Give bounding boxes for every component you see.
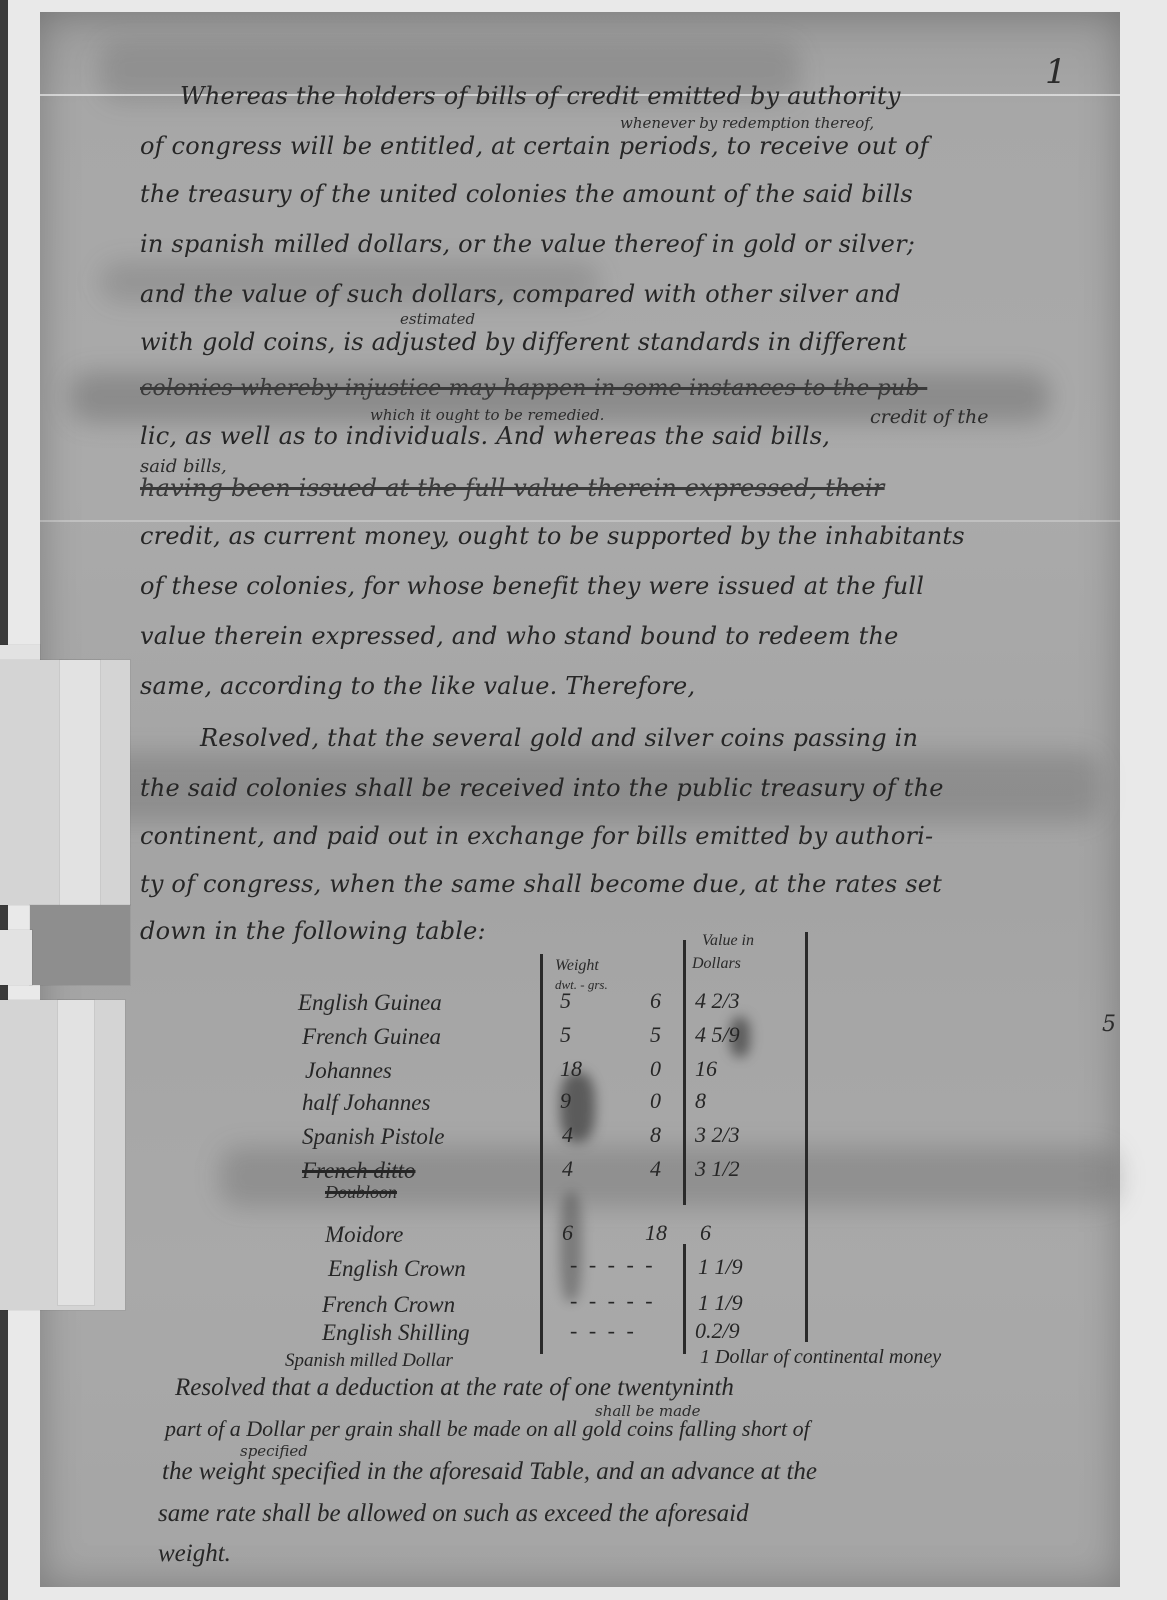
coin-value: 16 bbox=[695, 1056, 717, 1082]
coin-value: 1 1/9 bbox=[698, 1290, 743, 1316]
paper-strip bbox=[30, 905, 130, 985]
ink-blot bbox=[560, 1192, 582, 1302]
coin-grs: 4 bbox=[650, 1156, 661, 1182]
para3-line-5: weight. bbox=[158, 1540, 231, 1568]
para1-line-5: and the value of such dollars, compared … bbox=[140, 280, 901, 308]
coin-dwt: 6 bbox=[562, 1220, 573, 1246]
paper-strip bbox=[60, 660, 100, 905]
coin-name: French Guinea bbox=[302, 1024, 441, 1050]
value-subheader: Dollars bbox=[692, 955, 741, 973]
table-rule-middle bbox=[683, 940, 686, 1205]
coin-dwt: 4 bbox=[562, 1156, 573, 1182]
para1-line-8: lic, as well as to individuals. And wher… bbox=[140, 422, 830, 450]
para2-line-5: down in the following table: bbox=[140, 917, 486, 945]
coin-value: 1 1/9 bbox=[698, 1254, 743, 1280]
para3-line-3: the weight specified in the aforesaid Ta… bbox=[162, 1458, 817, 1486]
para2-line-2: the said colonies shall be received into… bbox=[140, 774, 944, 802]
coin-value: 0.2/9 bbox=[695, 1318, 740, 1344]
coin-value: 8 bbox=[695, 1088, 706, 1114]
interlineation: credit of the bbox=[870, 406, 989, 428]
para2-line-4: ty of congress, when the same shall beco… bbox=[140, 870, 942, 898]
coin-dwt: 9 bbox=[560, 1088, 571, 1114]
coin-value: 1 Dollar of continental money bbox=[700, 1346, 941, 1369]
para3-line-2: part of a Dollar per grain shall be made… bbox=[165, 1416, 810, 1442]
coin-dwt: 5 bbox=[560, 988, 571, 1014]
coin-dwt: 4 bbox=[562, 1122, 573, 1148]
para1-line-13: same, according to the like value. There… bbox=[140, 672, 695, 700]
table-rule-middle-lower bbox=[683, 1244, 686, 1354]
interlineation: whenever by redemption thereof, bbox=[620, 114, 874, 132]
coin-dash: - - - - - bbox=[570, 1252, 656, 1278]
para2-line-3: continent, and paid out in exchange for … bbox=[140, 822, 933, 850]
paper-strip bbox=[58, 1000, 94, 1305]
coin-name: Moidore bbox=[325, 1222, 403, 1248]
interlineation: estimated bbox=[400, 310, 475, 328]
para1-line-10: credit, as current money, ought to be su… bbox=[140, 522, 965, 550]
margin-note: 5 bbox=[1102, 1012, 1116, 1037]
para1-line-11: of these colonies, for whose benefit the… bbox=[140, 572, 924, 600]
table-rule-left bbox=[540, 954, 543, 1354]
manuscript-page: 1 5 Whereas the holders of bills of cred… bbox=[40, 12, 1120, 1587]
coin-name: half Johannes bbox=[302, 1090, 430, 1116]
coin-name: English Guinea bbox=[298, 990, 442, 1016]
coin-name: Spanish milled Dollar bbox=[285, 1350, 453, 1372]
para1-line-1: Whereas the holders of bills of credit e… bbox=[180, 82, 901, 110]
coin-value: 6 bbox=[700, 1220, 711, 1246]
coin-dash: - - - - - bbox=[570, 1288, 656, 1314]
para1-line-4: in spanish milled dollars, or the value … bbox=[140, 230, 915, 258]
weight-header: Weight bbox=[555, 957, 599, 975]
para1-line-7-struck: colonies whereby injustice may happen in… bbox=[140, 376, 927, 401]
coin-name: English Crown bbox=[328, 1256, 466, 1282]
coin-grs: 5 bbox=[650, 1022, 661, 1048]
coin-dwt: 18 bbox=[560, 1056, 582, 1082]
coin-dwt: 5 bbox=[560, 1022, 571, 1048]
para2-line-1: Resolved, that the several gold and silv… bbox=[200, 724, 918, 752]
coin-grs: 18 bbox=[645, 1220, 667, 1246]
coin-grs: 0 bbox=[650, 1056, 661, 1082]
coin-value: 3 1/2 bbox=[695, 1156, 740, 1182]
coin-name: Spanish Pistole bbox=[302, 1124, 444, 1150]
coin-dash: - - - - bbox=[570, 1318, 637, 1344]
coin-grs: 6 bbox=[650, 988, 661, 1014]
para1-line-3: the treasury of the united colonies the … bbox=[140, 180, 913, 208]
para1-line-9-struck: having been issued at the full value the… bbox=[140, 474, 885, 502]
page-number: 1 bbox=[1045, 52, 1067, 92]
coin-value: 4 2/3 bbox=[695, 988, 740, 1014]
para1-line-12: value therein expressed, and who stand b… bbox=[140, 622, 899, 650]
table-rule-right bbox=[805, 932, 808, 1342]
coin-name: Johannes bbox=[305, 1058, 392, 1084]
coin-grs: 0 bbox=[650, 1088, 661, 1114]
coin-name: English Shilling bbox=[322, 1320, 470, 1346]
paper-strip bbox=[0, 930, 32, 985]
coin-name-struck: Doubloon bbox=[325, 1182, 397, 1203]
value-header: Value in bbox=[702, 932, 754, 950]
coin-name: French Crown bbox=[322, 1292, 455, 1318]
coin-grs: 8 bbox=[650, 1122, 661, 1148]
para1-line-6: with gold coins, is adjusted by differen… bbox=[140, 328, 907, 356]
coin-value: 3 2/3 bbox=[695, 1122, 740, 1148]
coin-name-struck: French ditto bbox=[302, 1158, 415, 1184]
coin-value: 4 5/9 bbox=[695, 1022, 740, 1048]
para3-line-1: Resolved that a deduction at the rate of… bbox=[175, 1374, 734, 1402]
para3-line-4: same rate shall be allowed on such as ex… bbox=[158, 1500, 749, 1528]
para1-line-2: of congress will be entitled, at certain… bbox=[140, 132, 929, 160]
